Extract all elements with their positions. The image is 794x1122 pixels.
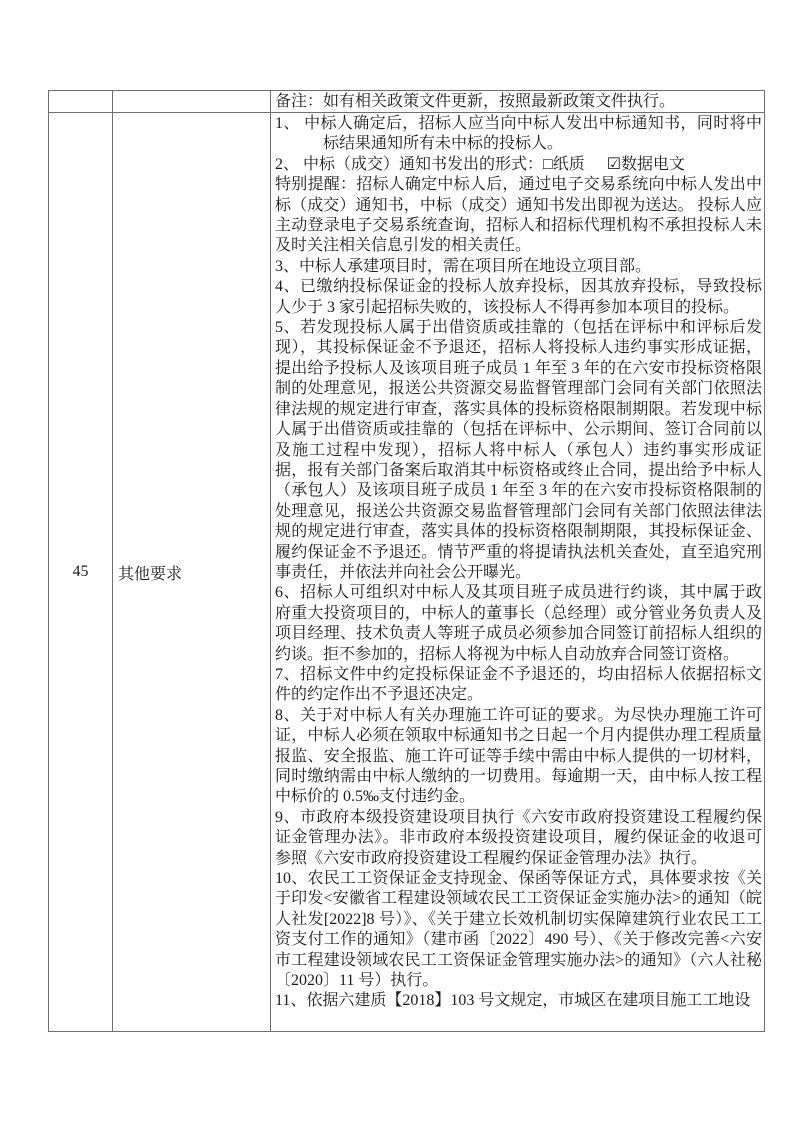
clause-4: 4、已缴纳投标保证金的投标人放弃投标，因其放弃投标，导致投标人少于 3 家引起招… <box>275 277 762 318</box>
paper-option: □纸质 <box>543 156 585 173</box>
electronic-option: ☑数据电文 <box>607 156 685 173</box>
checkbox-unchecked-icon: □ <box>543 156 553 173</box>
row-index: 45 <box>73 563 89 581</box>
requirements-table: 备注：如有相关政策文件更新，按照最新政策文件执行。 45 其他要求 1、 中标人… <box>48 90 765 1032</box>
note-row-category-cell <box>113 91 271 113</box>
clause-10: 10、农民工工资保证金支持现金、保函等保证方式，具体要求按《关于印发<安徽省工程… <box>275 869 762 991</box>
row-content-cell: 1、 中标人确定后，招标人应当向中标人发出中标通知书，同时将中标结果通知所有未中… <box>271 113 764 1031</box>
clause-9: 9、市政府本级投资建设项目执行《六安市政府投资建设工程履约保证金管理办法》。非市… <box>275 808 762 869</box>
clause-11: 11、依据六建质【2018】103 号文规定，市城区在建项目施工工地设 <box>275 991 762 1011</box>
checkbox-checked-icon: ☑ <box>607 156 621 173</box>
row-category-cell: 其他要求 <box>113 113 271 1031</box>
clause-5: 5、若发现投标人属于出借资质或挂靠的（包括在评标中和评标后发现），其投标保证金不… <box>275 318 762 583</box>
clause-8: 8、关于对中标人有关办理施工许可证的要求。为尽快办理施工许可证，中标人必须在领取… <box>275 706 762 808</box>
clause-1: 1、 中标人确定后，招标人应当向中标人发出中标通知书，同时将中标结果通知所有未中… <box>275 114 762 155</box>
clause-2-text: 2、 中标（成交）通知书发出的形式： <box>275 156 543 173</box>
paper-option-label: 纸质 <box>553 156 585 173</box>
row-index-cell: 45 <box>49 113 113 1031</box>
clause-6: 6、招标人可组织对中标人及其项目班子成员进行约谈，其中属于政府重大投资项目的，中… <box>275 583 762 665</box>
clause-7: 7、招标文件中约定投标保证金不予退还的，均由招标人依据招标文件的约定作出不予退还… <box>275 665 762 706</box>
note-row-index-cell <box>49 91 113 113</box>
note-row-text: 备注：如有相关政策文件更新，按照最新政策文件执行。 <box>271 91 764 113</box>
special-reminder: 特别提醒：招标人确定中标人后，通过电子交易系统向中标人发出中标（成交）通知书，中… <box>275 175 762 257</box>
clause-2: 2、 中标（成交）通知书发出的形式：□纸质☑数据电文 <box>275 155 762 175</box>
electronic-option-label: 数据电文 <box>621 156 685 173</box>
clause-3: 3、中标人承建项目时，需在项目所在地设立项目部。 <box>275 257 762 277</box>
row-category-label: 其他要求 <box>118 561 182 584</box>
document-page: 备注：如有相关政策文件更新，按照最新政策文件执行。 45 其他要求 1、 中标人… <box>0 0 794 1122</box>
